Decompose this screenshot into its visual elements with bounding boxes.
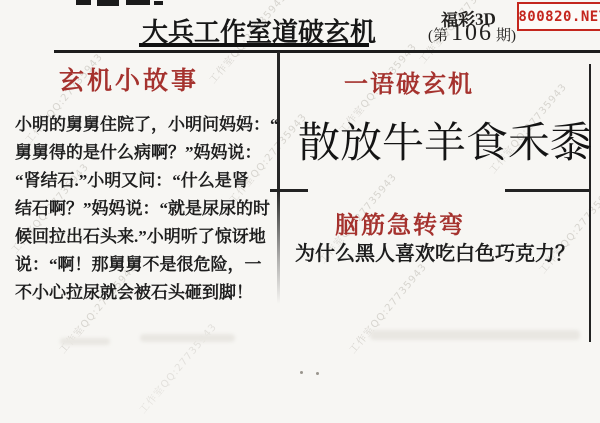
story-line: 结石啊？”妈妈说：“就是尿尿的时 <box>15 195 283 223</box>
story-line: 小明的舅舅住院了，小明问妈妈：“ <box>15 111 283 139</box>
story-section-title: 玄机小故事 <box>59 61 199 97</box>
scan-smudge <box>370 330 580 340</box>
section-rule-right-segment <box>505 189 591 192</box>
story-text: 小明的舅舅住院了，小明问妈妈：“ 舅舅得的是什么病啊？”妈妈说： “肾结石.”小… <box>15 111 283 307</box>
cropped-text-fragment <box>76 0 91 5</box>
scan-dot <box>316 372 319 375</box>
website-badge-text: 800820.NET <box>518 9 600 25</box>
issue-label: (第106期) <box>428 20 516 47</box>
scan-smudge <box>140 334 235 342</box>
masthead-underline <box>139 43 369 47</box>
issue-number: 106 <box>448 20 496 46</box>
scan-smudge <box>60 338 110 345</box>
story-line: 说：“啊！那舅舅不是很危险，一 <box>15 251 283 279</box>
issue-open: (第 <box>428 28 448 44</box>
riddle-phrase: 散放牛羊食禾黍 <box>298 110 592 170</box>
brainteaser-question: 为什么黑人喜欢吃白色巧克力？ <box>295 237 575 266</box>
website-badge: 800820.NET <box>517 2 600 31</box>
watermark: 工作室QQ:27735943 <box>345 259 430 356</box>
story-line: 候回拉出石头来.”小明听了惊讶地 <box>15 223 283 251</box>
story-line: 不小心拉尿就会被石头砸到脚！ <box>15 279 283 307</box>
table-right-border <box>589 64 591 342</box>
story-line: 舅舅得的是什么病啊？”妈妈说： <box>15 139 283 167</box>
cropped-text-fragment <box>126 0 150 5</box>
cropped-text-fragment <box>97 0 119 6</box>
issue-close: 期) <box>496 28 516 44</box>
riddle-section-title: 一语破玄机 <box>344 64 474 99</box>
newspaper-clipping: 工作室QQ:27735943 工作室QQ:27735943 工作室QQ:2773… <box>0 0 600 423</box>
brainteaser-section-title: 脑筋急转弯 <box>335 205 465 240</box>
scan-dot <box>300 371 303 374</box>
story-line: “肾结石.”小明又问：“什么是肾 <box>15 167 283 195</box>
cropped-text-fragment <box>154 1 163 5</box>
table-top-border <box>54 50 600 53</box>
